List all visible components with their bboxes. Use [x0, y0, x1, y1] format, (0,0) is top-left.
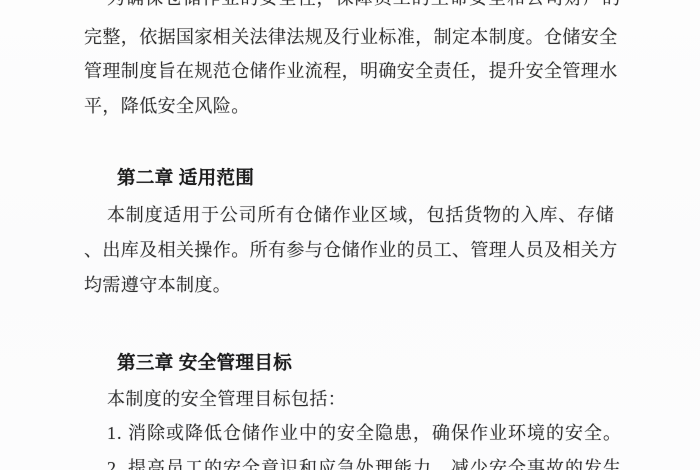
numbered-list-item: 2. 提高员工的安全意识和应急处理能力，减少安全事故的发生	[107, 459, 622, 470]
paragraph-line: 本制度的安全管理目标包括：	[107, 390, 346, 408]
paragraph-line: 完整，依据国家相关法律法规及行业标准，制定本制度。仓储安全	[84, 28, 618, 46]
chapter-heading: 第二章 适用范围	[117, 170, 254, 189]
paragraph-line: 平，降低安全风险。	[84, 97, 250, 115]
paragraph-line: 均需遵守本制度。	[84, 276, 231, 294]
numbered-list-item: 1. 消除或降低仓储作业中的安全隐患，确保作业环境的安全。	[107, 424, 622, 442]
document-page: 为确保仓储作业的安全性，保障员工的生命安全和公司财产的 完整，依据国家相关法律法…	[0, 0, 700, 470]
chapter-heading: 第三章 安全管理目标	[117, 355, 292, 374]
paragraph-line: 为确保仓储作业的安全性，保障员工的生命安全和公司财产的	[107, 0, 621, 7]
paragraph-line: 本制度适用于公司所有仓储作业区域，包括货物的入库、存储	[107, 206, 615, 224]
paragraph-line: 管理制度旨在规范仓储作业流程，明确安全责任，提升安全管理水	[84, 62, 618, 80]
paragraph-line: 、出库及相关操作。所有参与仓储作业的员工、管理人员及相关方	[84, 241, 618, 259]
